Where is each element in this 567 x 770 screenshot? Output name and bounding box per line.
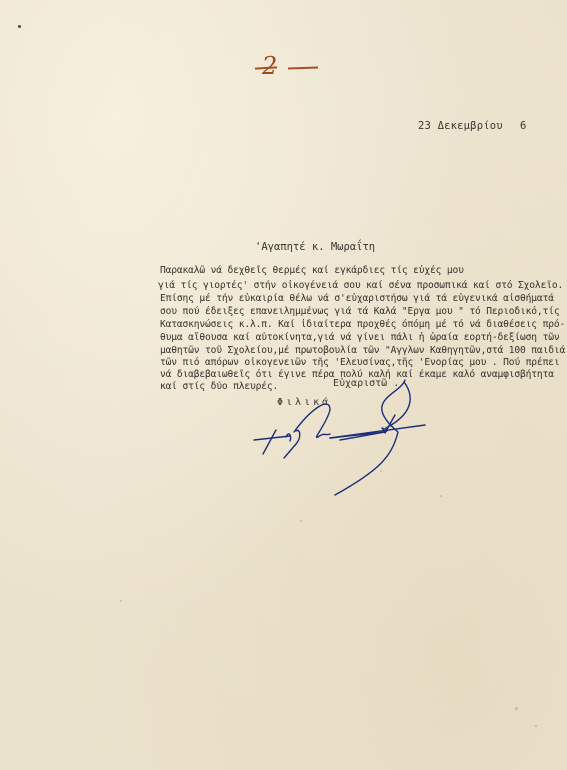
- body-line: Κατασκηνώσεις κ.λ.π. Καί ἰδιαίτερα προχθ…: [160, 319, 565, 330]
- closing-line: Φιλικά: [277, 397, 331, 408]
- date-day-month: 23 Δεκεμβρίου: [418, 120, 503, 132]
- body-line: θυμα αἴθουσα καί αὐτοκίνητα,γιά νά γίνει…: [160, 332, 559, 343]
- body-line: καί στίς δύο πλευρές.: [160, 381, 278, 392]
- salutation: 'Αγαπητέ κ. Μωραΐτη: [255, 241, 375, 253]
- body-line: τῶν πιό απόρων οἰκογενειῶν τῆς 'Ελευσίνα…: [160, 357, 559, 368]
- page-number: 2: [262, 52, 277, 80]
- date-year: 6: [520, 120, 527, 132]
- thanks-line: Εὐχαριστῶ .: [333, 378, 399, 389]
- handwritten-signature: [0, 0, 567, 770]
- body-line: μαθητῶν τοῦ Σχολείου,μέ πρωτοβουλία τῶν …: [160, 345, 565, 356]
- body-line: Επίσης μέ τήν εὐκαιρία θέλω νά σ'εὐχαρισ…: [160, 293, 554, 304]
- body-line: Παρακαλῶ νά δεχθεῖς θερμές καί εγκάρδιες…: [160, 265, 464, 276]
- letter-page: 2 23 Δεκεμβρίου 6 'Αγαπητέ κ. Μωραΐτη Πα…: [0, 0, 567, 770]
- page-number-dash-right: [288, 66, 318, 69]
- body-line: γιά τίς γιορτές' στήν οἰκογένειά σου καί…: [158, 280, 563, 291]
- body-line: σου πού έδειξες επανειλημμένως γιά τά Κα…: [160, 306, 559, 317]
